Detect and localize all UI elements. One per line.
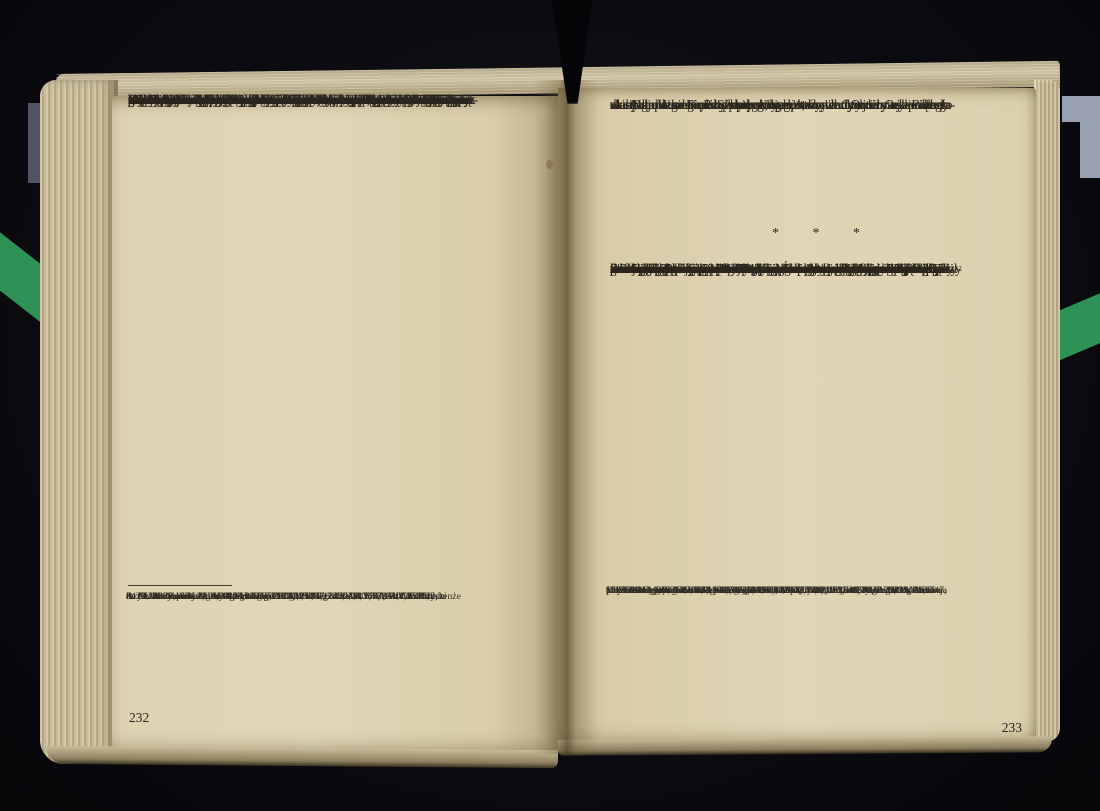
page-edges-left xyxy=(40,80,118,764)
bottom-edge-right xyxy=(558,736,1052,755)
page-number-left: 232 xyxy=(129,710,149,726)
bottom-edge-left xyxy=(46,746,558,768)
left-page xyxy=(112,96,558,754)
book-photo: śleli też o wakansach po Janie Tarle, wa… xyxy=(0,0,1100,811)
cover-letter-fragment-right xyxy=(1080,96,1100,178)
right-page xyxy=(558,88,1036,744)
page-edges-right xyxy=(1034,80,1060,742)
section-separator-asterisks: * * * xyxy=(610,226,1022,242)
body-text-line: skiej dla Hieronima Szeptyckiego ²⁴. xyxy=(610,97,804,113)
page-number-right: 233 xyxy=(938,720,1022,736)
footnote-line: A. Czartoryski do Ogrodzkiego 16 VI 1747… xyxy=(126,591,445,603)
gutter-shadow xyxy=(534,80,598,754)
footnote-divider xyxy=(128,585,232,586)
body-text-line: granic ²⁶. Tak zresztą było: oficjalną p… xyxy=(610,261,942,277)
body-text-line: tockiego ²³. xyxy=(128,92,188,108)
footnote-line: (14 X oraz między 14 a 28 X 1747), 28 XI… xyxy=(606,585,926,597)
paper-blemish xyxy=(546,160,553,169)
